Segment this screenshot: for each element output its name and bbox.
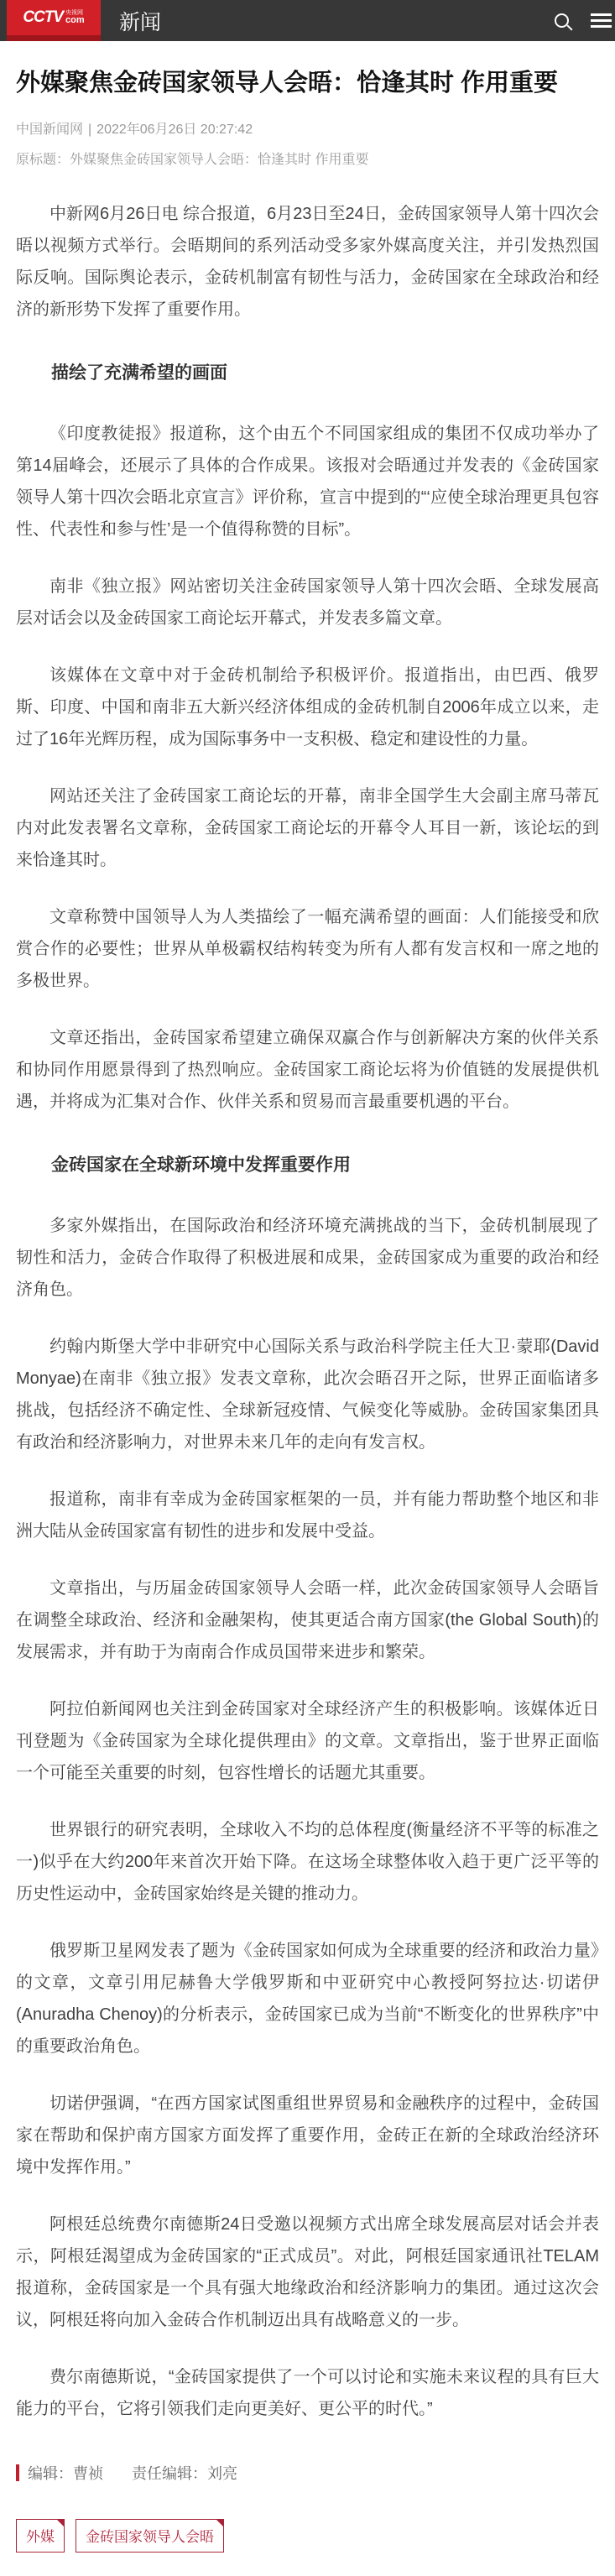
editor-line: 编辑： 曹祯 责任编辑： 刘亮 bbox=[16, 2462, 599, 2484]
section-heading: 描绘了充满希望的画面 bbox=[16, 359, 599, 384]
tag[interactable]: 金砖国家领导人会晤 bbox=[76, 2519, 224, 2553]
editor-red-bar bbox=[16, 2464, 19, 2481]
cctv-logo-text: CCTV bbox=[23, 8, 63, 27]
article-paragraph: 世界银行的研究表明，全球收入不均的总体程度(衡量经济不平等的标准之一)似乎在大约… bbox=[16, 1814, 599, 1910]
cctv-logo-sub: 央视网 com bbox=[65, 10, 85, 25]
article-page: 外媒聚焦金砖国家领导人会晤：恰逢其时 作用重要 中国新闻网|2022年06月26… bbox=[0, 68, 615, 2559]
article-paragraph: 网站还关注了金砖国家工商论坛的开幕，南非全国学生大会副主席马蒂瓦内对此发表署名文… bbox=[16, 780, 599, 876]
article-paragraph: 俄罗斯卫星网发表了题为《金砖国家如何成为全球重要的经济和政治力量》的文章，文章引… bbox=[16, 1935, 599, 2062]
article-paragraph: 南非《独立报》网站密切关注金砖国家领导人第十四次会晤、全球发展高层对话会以及金砖… bbox=[16, 571, 599, 634]
original-title-text: 外媒聚焦金砖国家领导人会晤：恰逢其时 作用重要 bbox=[70, 153, 368, 167]
article-paragraph: 阿根廷总统费尔南德斯24日受邀以视频方式出席全球发展高层对话会并表示，阿根廷渴望… bbox=[16, 2208, 599, 2336]
article-paragraph: 中新网6月26日电 综合报道，6月23日至24日，金砖国家领导人第十四次会晤以视… bbox=[16, 198, 599, 326]
tag-list: 外媒金砖国家领导人会晤 bbox=[16, 2519, 599, 2559]
article-paragraph: 多家外媒指出，在国际政治和经济环境充满挑战的当下，金砖机制展现了韧性和活力，金砖… bbox=[16, 1210, 599, 1306]
section-title[interactable]: 新闻 bbox=[119, 0, 161, 41]
article-title: 外媒聚焦金砖国家领导人会晤：恰逢其时 作用重要 bbox=[16, 68, 599, 98]
cctv-logo-inner: CCTV 央视网 com bbox=[23, 8, 84, 27]
article-source: 中国新闻网 bbox=[16, 123, 83, 137]
editor-label: 编辑： bbox=[28, 2462, 73, 2484]
cctv-logo[interactable]: CCTV 央视网 com bbox=[7, 0, 101, 41]
editor-name: 曹祯 bbox=[73, 2462, 103, 2484]
article-paragraph: 文章还指出，金砖国家希望建立确保双赢合作与创新解决方案的伙伴关系和协同作用愿景得… bbox=[16, 1022, 599, 1118]
article-paragraph: 该媒体在文章中对于金砖机制给予积极评价。报道指出，由巴西、俄罗斯、印度、中国和南… bbox=[16, 660, 599, 755]
article-paragraph: 文章指出，与历届金砖国家领导人会晤一样，此次金砖国家领导人会晤旨在调整全球政治、… bbox=[16, 1572, 599, 1668]
topbar-icons bbox=[555, 0, 615, 41]
original-title-label: 原标题： bbox=[16, 153, 70, 167]
article-paragraph: 阿拉伯新闻网也关注到金砖国家对全球经济产生的积极影响。该媒体近日刊登题为《金砖国… bbox=[16, 1693, 599, 1789]
article-paragraph: 《印度教徒报》报道称，这个由五个不同国家组成的集团不仅成功举办了第14届峰会，还… bbox=[16, 418, 599, 545]
search-icon[interactable] bbox=[555, 13, 569, 28]
tag[interactable]: 外媒 bbox=[16, 2519, 65, 2553]
article-datetime: 2022年06月26日 20:27:42 bbox=[96, 123, 253, 137]
section-heading: 金砖国家在全球新环境中发挥重要作用 bbox=[16, 1151, 599, 1176]
meta-separator: | bbox=[88, 123, 91, 137]
article-paragraph: 约翰内斯堡大学中非研究中心国际关系与政治科学院主任大卫·蒙耶(David Mon… bbox=[16, 1331, 599, 1458]
hamburger-menu-icon[interactable] bbox=[591, 13, 612, 28]
article-paragraph: 费尔南德斯说，“金砖国家提供了一个可以讨论和实施未来议程的具有巨大能力的平台，它… bbox=[16, 2361, 599, 2425]
top-navigation-bar: CCTV 央视网 com 新闻 bbox=[0, 0, 615, 41]
article-body: 中新网6月26日电 综合报道，6月23日至24日，金砖国家领导人第十四次会晤以视… bbox=[16, 198, 599, 2425]
article-meta: 中国新闻网|2022年06月26日 20:27:42 bbox=[16, 118, 599, 138]
chief-editor-label: 责任编辑： bbox=[132, 2462, 207, 2484]
original-title-line: 原标题：外媒聚焦金砖国家领导人会晤：恰逢其时 作用重要 bbox=[16, 149, 599, 168]
chief-editor-name: 刘亮 bbox=[207, 2462, 237, 2484]
cctv-logo-com: com bbox=[65, 16, 85, 25]
article-paragraph: 报道称，南非有幸成为金砖国家框架的一员，并有能力帮助整个地区和非洲大陆从金砖国家… bbox=[16, 1484, 599, 1547]
article-paragraph: 切诺伊强调，“在西方国家试图重组世界贸易和金融秩序的过程中，金砖国家在帮助和保护… bbox=[16, 2088, 599, 2183]
article-paragraph: 文章称赞中国领导人为人类描绘了一幅充满希望的画面：人们能接受和欣赏合作的必要性；… bbox=[16, 901, 599, 997]
